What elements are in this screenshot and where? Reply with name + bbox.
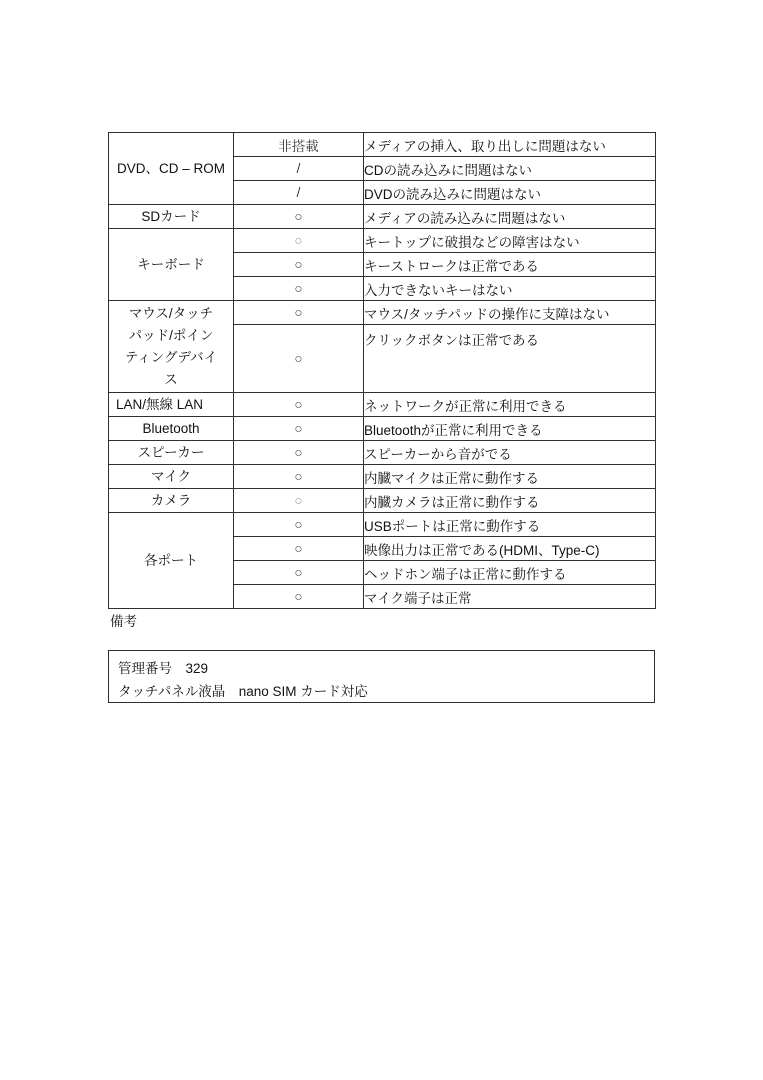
check-desc-cell: USBポートは正常に動作する — [364, 513, 656, 537]
device-cell-keyboard: キーボード — [109, 229, 234, 301]
check-mark-cell: ○ — [234, 393, 364, 417]
check-mark-cell: ○ — [234, 489, 364, 513]
inspection-table: DVD、CD – ROM 非搭載 メディアの挿入、取り出しに問題はない / CD… — [108, 132, 656, 609]
check-desc-cell: ネットワークが正常に利用できる — [364, 393, 656, 417]
device-cell-mouse-touchpad: マウス/タッチ パッド/ポイン ティングデバイ ス — [109, 301, 234, 393]
check-mark-cell: ○ — [234, 229, 364, 253]
table-row: マウス/タッチ パッド/ポイン ティングデバイ ス ○ マウス/タッチパッドの操… — [109, 301, 656, 325]
document-page: DVD、CD – ROM 非搭載 メディアの挿入、取り出しに問題はない / CD… — [0, 0, 763, 1080]
features-line: タッチパネル液晶 nano SIM カード対応 — [118, 680, 645, 703]
table-row: カメラ ○ 内臓カメラは正常に動作する — [109, 489, 656, 513]
device-cell-camera: カメラ — [109, 489, 234, 513]
table-row: キーボード ○ キートップに破損などの障害はない — [109, 229, 656, 253]
check-mark-cell: ○ — [234, 253, 364, 277]
management-number-line: 管理番号 329 — [118, 657, 645, 680]
table-row: LAN/無線 LAN ○ ネットワークが正常に利用できる — [109, 393, 656, 417]
check-desc-cell: スピーカーから音がでる — [364, 441, 656, 465]
remarks-label: 備考 — [110, 610, 137, 630]
check-desc-cell: マイク端子は正常 — [364, 585, 656, 609]
check-desc-cell: Bluetoothが正常に利用できる — [364, 417, 656, 441]
device-cell-dvd-cdrom: DVD、CD – ROM — [109, 133, 234, 205]
info-box: 管理番号 329 タッチパネル液晶 nano SIM カード対応 — [108, 650, 655, 703]
device-cell-ports: 各ポート — [109, 513, 234, 609]
check-desc-cell: 内臓カメラは正常に動作する — [364, 489, 656, 513]
table-row: SDカード ○ メディアの読み込みに問題はない — [109, 205, 656, 229]
check-desc-cell: ヘッドホン端子は正常に動作する — [364, 561, 656, 585]
device-cell-lan: LAN/無線 LAN — [109, 393, 234, 417]
check-desc-cell: 内臓マイクは正常に動作する — [364, 465, 656, 489]
check-mark-cell: ○ — [234, 205, 364, 229]
check-mark-cell: ○ — [234, 465, 364, 489]
check-mark-cell: ○ — [234, 277, 364, 301]
device-cell-sd-card: SDカード — [109, 205, 234, 229]
check-desc-cell: キーストロークは正常である — [364, 253, 656, 277]
check-desc-cell: DVDの読み込みに問題はない — [364, 181, 656, 205]
check-mark-cell: ○ — [234, 585, 364, 609]
check-desc-cell: CDの読み込みに問題はない — [364, 157, 656, 181]
table-row: スピーカー ○ スピーカーから音がでる — [109, 441, 656, 465]
check-mark-cell: / — [234, 157, 364, 181]
check-desc-cell: 入力できないキーはない — [364, 277, 656, 301]
table-row: 各ポート ○ USBポートは正常に動作する — [109, 513, 656, 537]
check-desc-cell: キートップに破損などの障害はない — [364, 229, 656, 253]
check-desc-cell: メディアの読み込みに問題はない — [364, 205, 656, 229]
device-cell-microphone: マイク — [109, 465, 234, 489]
check-mark-cell: 非搭載 — [234, 133, 364, 157]
check-mark-cell: ○ — [234, 513, 364, 537]
check-desc-cell: 映像出力は正常である(HDMI、Type-C) — [364, 537, 656, 561]
table-row: Bluetooth ○ Bluetoothが正常に利用できる — [109, 417, 656, 441]
check-mark-cell: ○ — [234, 561, 364, 585]
table-row: マイク ○ 内臓マイクは正常に動作する — [109, 465, 656, 489]
check-mark-cell: ○ — [234, 417, 364, 441]
check-desc-cell: メディアの挿入、取り出しに問題はない — [364, 133, 656, 157]
check-mark-cell: ○ — [234, 301, 364, 325]
check-mark-cell: ○ — [234, 441, 364, 465]
check-mark-cell: / — [234, 181, 364, 205]
device-cell-bluetooth: Bluetooth — [109, 417, 234, 441]
device-cell-speaker: スピーカー — [109, 441, 234, 465]
table-row: DVD、CD – ROM 非搭載 メディアの挿入、取り出しに問題はない — [109, 133, 656, 157]
check-mark-cell: ○ — [234, 537, 364, 561]
check-desc-cell: クリックボタンは正常である — [364, 325, 656, 393]
check-desc-cell: マウス/タッチパッドの操作に支障はない — [364, 301, 656, 325]
check-mark-cell: ○ — [234, 325, 364, 393]
